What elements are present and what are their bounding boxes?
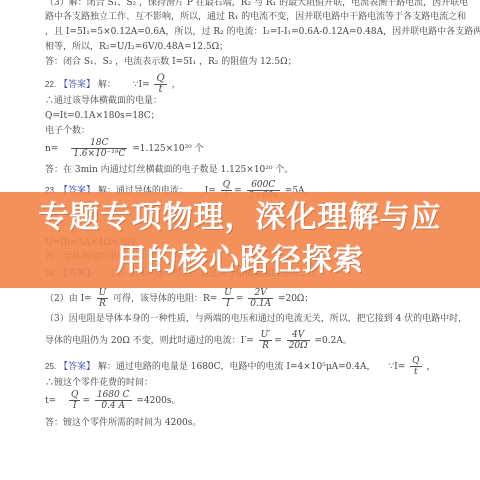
q24-part2: （2）由 I= UR 可得，该导体的电阻：R= UI= 2V0.1A =20Ω； <box>45 288 313 309</box>
banner-title: 专题专项物理，深化理解与应 用的核心路径探索 <box>0 196 480 282</box>
doc-line: ∴通过该导体横截面的电量： <box>45 96 162 107</box>
formula-fraction: QI <box>69 390 80 411</box>
formula-fraction: 4V20Ω <box>287 330 310 351</box>
question-number: 25. <box>45 362 56 371</box>
doc-line: 答：在 3min 内通过灯丝横截面的电子数是 1.125×10²⁰ 个。 <box>45 165 293 176</box>
banner-title-line-1: 专题专项物理，深化理解与应 <box>0 196 480 239</box>
doc-line: 答：镀这个零件所需的时间为 4200s。 <box>45 418 201 429</box>
answer-tag: 【答案】 <box>59 80 95 90</box>
formula-fraction: Qt <box>410 356 421 377</box>
doc-line: ∴镀这个零件花费的时间： <box>45 378 153 389</box>
doc-line: （3）因电阻是导体本身的一种性质，与两端的电压和通过的电流无关，所以，把它接到 … <box>45 314 467 325</box>
answer-tag: 【答案】 <box>59 362 95 372</box>
solution-label: 解： <box>98 80 116 90</box>
q25-t-formula: t= QI= 1680 C0.4 A =4200s。 <box>45 390 180 411</box>
formula-prefix: ∵I= <box>133 80 150 90</box>
q24-part3: 导体的电阻仍为 20Ω 不变，则此时通过的电流：I′= U′R= 4V20Ω =… <box>45 330 352 351</box>
doc-line: 路中各支路独立工作、互不影响，所以，通过 R₁ 的电流不变，因并联电路中干路电流… <box>45 12 466 23</box>
question-number: 22. <box>45 80 56 89</box>
formula-fraction: 18C1.6×10⁻¹⁹C <box>71 138 127 159</box>
q25-heading: 25. 【答案】 解：通过电路的电量是 1680C，电路中的电流 I=4×10⁵… <box>45 356 435 377</box>
formula-fraction: UI <box>222 288 234 309</box>
formula-fraction: Qt <box>154 74 166 95</box>
formula-fraction: 2V0.1A <box>248 288 273 309</box>
banner-title-line-2: 用的核心路径探索 <box>0 239 480 282</box>
q22-n-formula: n= 18C1.6×10⁻¹⁹C =1.125×10²⁰ 个 <box>45 138 204 159</box>
formula-fraction: U′R <box>259 330 273 351</box>
doc-line: Q=It=0.1A×180s=18C； <box>45 111 160 122</box>
formula-fraction: UR <box>97 288 109 309</box>
q22-heading: 22. 【答案】 解： ∵I= Qt ， <box>45 74 181 95</box>
doc-line: 相等，所以，R₂=U/I₂=6V/0.48A=12.5Ω； <box>45 42 228 53</box>
doc-line: 答：闭合 S₁、S₂ ，电流表示数 I=5I₁ ，R₂ 的阻值为 12.5Ω； <box>45 57 297 68</box>
doc-line: 电子个数： <box>45 126 90 137</box>
doc-line: （3）解：闭合 S₁、S₂ ，保持滑片 P 在最右端，R₂ 与 R₁ 的最大阻值… <box>45 0 468 9</box>
formula-fraction: 1680 C0.4 A <box>95 390 132 411</box>
doc-line: ，且 I=5I₁=5×0.12A=0.6A，所以，过 R₂ 的电流：I₂=I-I… <box>45 27 480 38</box>
